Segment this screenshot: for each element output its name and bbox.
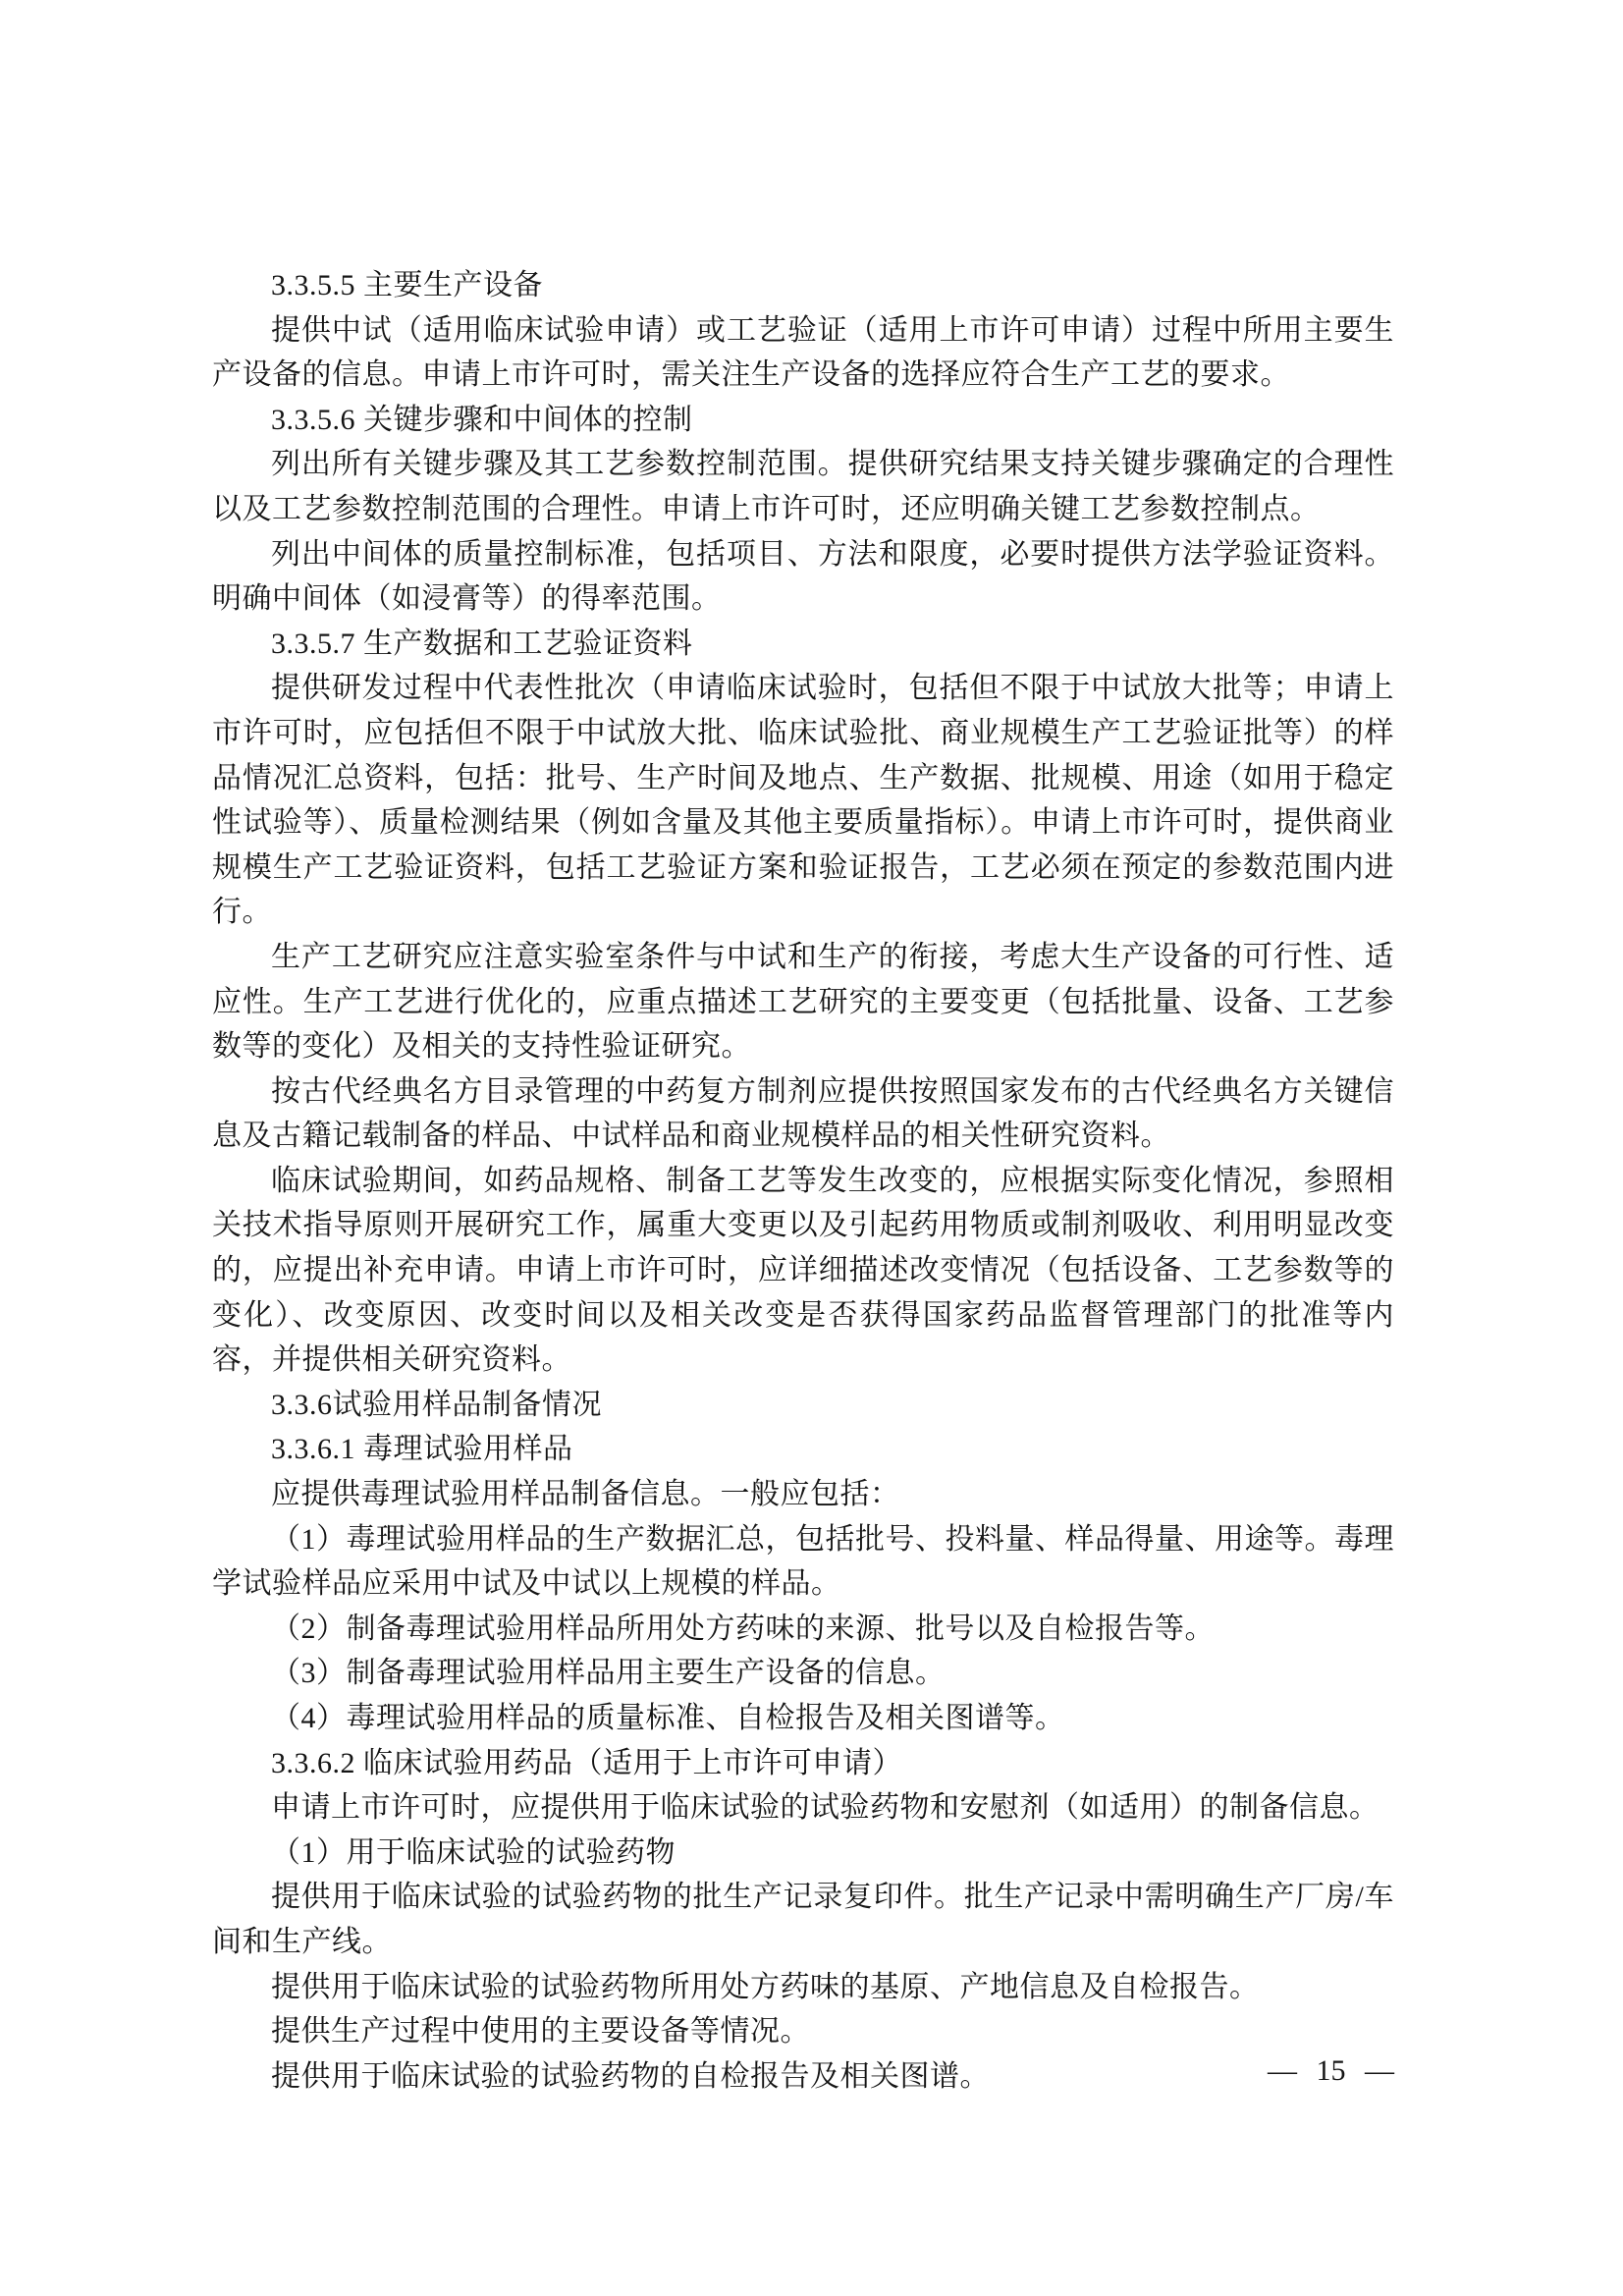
section-heading: 3.3.5.7 生产数据和工艺验证资料 — [212, 622, 1394, 667]
paragraph: 申请上市许可时，应提供用于临床试验的试验药物和安慰剂（如适用）的制备信息。 — [212, 1785, 1394, 1831]
paragraph: 应提供毒理试验用样品制备信息。一般应包括： — [212, 1472, 1394, 1517]
list-item: （3）制备毒理试验用样品用主要生产设备的信息。 — [212, 1651, 1394, 1696]
list-item: （1）用于临床试验的试验药物 — [212, 1831, 1394, 1876]
paragraph: 按古代经典名方目录管理的中药复方制剂应提供按照国家发布的古代经典名方关键信息及古… — [212, 1069, 1394, 1159]
list-item: （2）制备毒理试验用样品所用处方药味的来源、批号以及自检报告等。 — [212, 1607, 1394, 1652]
paragraph: 提供用于临床试验的试验药物所用处方药味的基原、产地信息及自检报告。 — [212, 1965, 1394, 2010]
paragraph: 提供中试（适用临床试验申请）或工艺验证（适用上市许可申请）过程中所用主要生产设备… — [212, 308, 1394, 398]
section-heading: 3.3.6试验用样品制备情况 — [212, 1383, 1394, 1428]
paragraph: 列出所有关键步骤及其工艺参数控制范围。提供研究结果支持关键步骤确定的合理性以及工… — [212, 442, 1394, 531]
document-page: 3.3.5.5 主要生产设备 提供中试（适用临床试验申请）或工艺验证（适用上市许… — [0, 0, 1623, 2296]
paragraph: 列出中间体的质量控制标准，包括项目、方法和限度，必要时提供方法学验证资料。明确中… — [212, 532, 1394, 622]
section-heading: 3.3.5.6 关键步骤和中间体的控制 — [212, 398, 1394, 443]
section-heading: 3.3.6.2 临床试验用药品（适用于上市许可申请） — [212, 1741, 1394, 1786]
page-number: — 15 — — [212, 2049, 1394, 2094]
paragraph: 生产工艺研究应注意实验室条件与中试和生产的衔接，考虑大生产设备的可行性、适应性。… — [212, 935, 1394, 1069]
list-item: （4）毒理试验用样品的质量标准、自检报告及相关图谱等。 — [212, 1696, 1394, 1741]
paragraph: 临床试验期间，如药品规格、制备工艺等发生改变的，应根据实际变化情况，参照相关技术… — [212, 1159, 1394, 1383]
section-heading: 3.3.6.1 毒理试验用样品 — [212, 1427, 1394, 1472]
document-body-text: 3.3.5.5 主要生产设备 提供中试（适用临床试验申请）或工艺验证（适用上市许… — [212, 263, 1394, 2099]
section-heading: 3.3.5.5 主要生产设备 — [212, 263, 1394, 308]
list-item: （1）毒理试验用样品的生产数据汇总，包括批号、投料量、样品得量、用途等。毒理学试… — [212, 1517, 1394, 1607]
paragraph: 提供用于临床试验的试验药物的批生产记录复印件。批生产记录中需明确生产厂房/车间和… — [212, 1875, 1394, 1964]
paragraph: 提供生产过程中使用的主要设备等情况。 — [212, 2009, 1394, 2054]
paragraph: 提供研发过程中代表性批次（申请临床试验时，包括但不限于中试放大批等；申请上市许可… — [212, 666, 1394, 935]
